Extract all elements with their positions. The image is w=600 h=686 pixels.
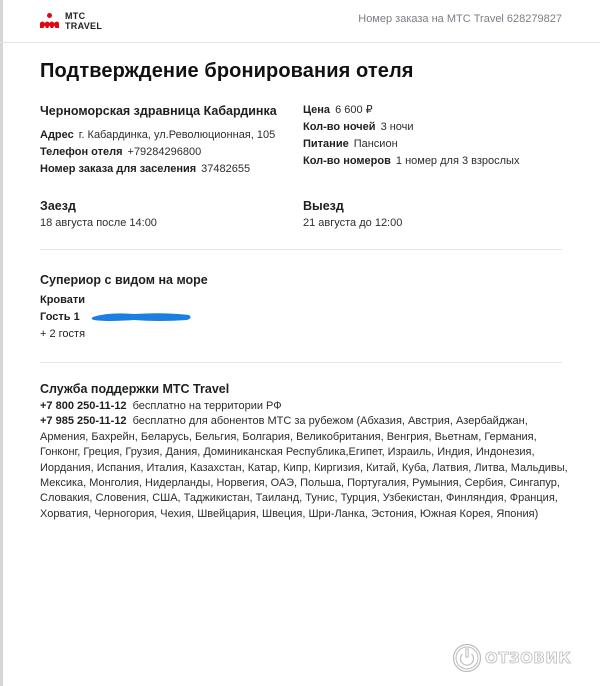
address-row: Адресг. Кабардинка, ул.Революционная, 10… — [40, 127, 275, 144]
guest-row: Гость 1 — [40, 309, 195, 326]
mts-order-number: Номер заказа на МТС Travel 628279827 — [358, 13, 562, 25]
checkout-value: 21 августа до 12:00 — [303, 217, 553, 229]
brand-line-2: TRAVEL — [65, 21, 102, 31]
support-line-1: +7 800 250-11-12бесплатно на территории … — [40, 399, 570, 414]
checkin-value: 18 августа после 14:00 — [40, 217, 290, 229]
page-title: Подтверждение бронирования отеля — [40, 60, 414, 83]
checkin-label: Заезд — [40, 199, 290, 213]
support-phone-1-note: бесплатно на территории РФ — [133, 400, 282, 412]
address-value: г. Кабардинка, ул.Революционная, 105 — [79, 129, 275, 141]
support-phone-1[interactable]: +7 800 250-11-12 — [40, 400, 127, 412]
checkin-order-row: Номер заказа для заселения37482655 — [40, 161, 275, 178]
divider — [40, 249, 562, 250]
phone-label: Телефон отеля — [40, 146, 123, 158]
nights-value: 3 ночи — [381, 121, 414, 133]
hotel-details: Адресг. Кабардинка, ул.Революционная, 10… — [40, 127, 275, 178]
support-title: Служба поддержки МТС Travel — [40, 382, 229, 396]
power-icon — [452, 643, 482, 673]
checkin-block: Заезд 18 августа после 14:00 — [40, 199, 290, 229]
mts-travel-logo[interactable]: МТС TRAVEL — [40, 11, 102, 31]
support-phone-2[interactable]: +7 985 250-11-12 — [40, 415, 127, 427]
meal-value: Пансион — [354, 138, 398, 150]
meal-label: Питание — [303, 138, 349, 150]
extra-guests: + 2 гостя — [40, 326, 195, 343]
divider — [40, 362, 562, 363]
rooms-row: Кол-во номеров1 номер для 3 взрослых — [303, 153, 519, 170]
beds-label: Кровати — [40, 292, 195, 309]
price-row: Цена6 600 ₽ — [303, 102, 519, 119]
guest-label: Гость 1 — [40, 311, 80, 323]
price-label: Цена — [303, 104, 330, 116]
address-label: Адрес — [40, 129, 74, 141]
support-line-2: +7 985 250-11-12бесплатно для абонентов … — [40, 414, 570, 522]
phone-value[interactable]: +79284296800 — [128, 146, 202, 158]
room-type: Супериор с видом на море — [40, 273, 208, 287]
nights-row: Кол-во ночей3 ночи — [303, 119, 519, 136]
room-details: Кровати Гость 1 + 2 гостя — [40, 292, 195, 343]
support-phone-2-note: бесплатно для абонентов МТС за рубежом (… — [40, 415, 568, 519]
rooms-value: 1 номер для 3 взрослых — [396, 155, 520, 167]
checkin-order-label: Номер заказа для заселения — [40, 163, 196, 175]
checkout-label: Выезд — [303, 199, 553, 213]
redaction-scribble — [89, 311, 195, 323]
checkout-block: Выезд 21 августа до 12:00 — [303, 199, 553, 229]
watermark-text: ОТЗОВИК — [485, 649, 571, 667]
checkin-order-value: 37482655 — [201, 163, 250, 175]
otzovik-watermark: ОТЗОВИК — [452, 643, 571, 673]
meal-row: ПитаниеПансион — [303, 136, 519, 153]
mts-logo-icon — [40, 13, 59, 29]
booking-details: Цена6 600 ₽ Кол-во ночей3 ночи ПитаниеПа… — [303, 102, 519, 170]
nights-label: Кол-во ночей — [303, 121, 376, 133]
support-contacts: +7 800 250-11-12бесплатно на территории … — [40, 399, 570, 522]
phone-row: Телефон отеля+79284296800 — [40, 144, 275, 161]
page-edge — [0, 0, 3, 686]
brand-line-1: МТС — [65, 11, 102, 21]
rooms-label: Кол-во номеров — [303, 155, 391, 167]
price-value: 6 600 ₽ — [335, 104, 373, 116]
hotel-name: Черноморская здравница Кабардинка — [40, 104, 277, 118]
header: МТС TRAVEL Номер заказа на МТС Travel 62… — [0, 0, 600, 43]
